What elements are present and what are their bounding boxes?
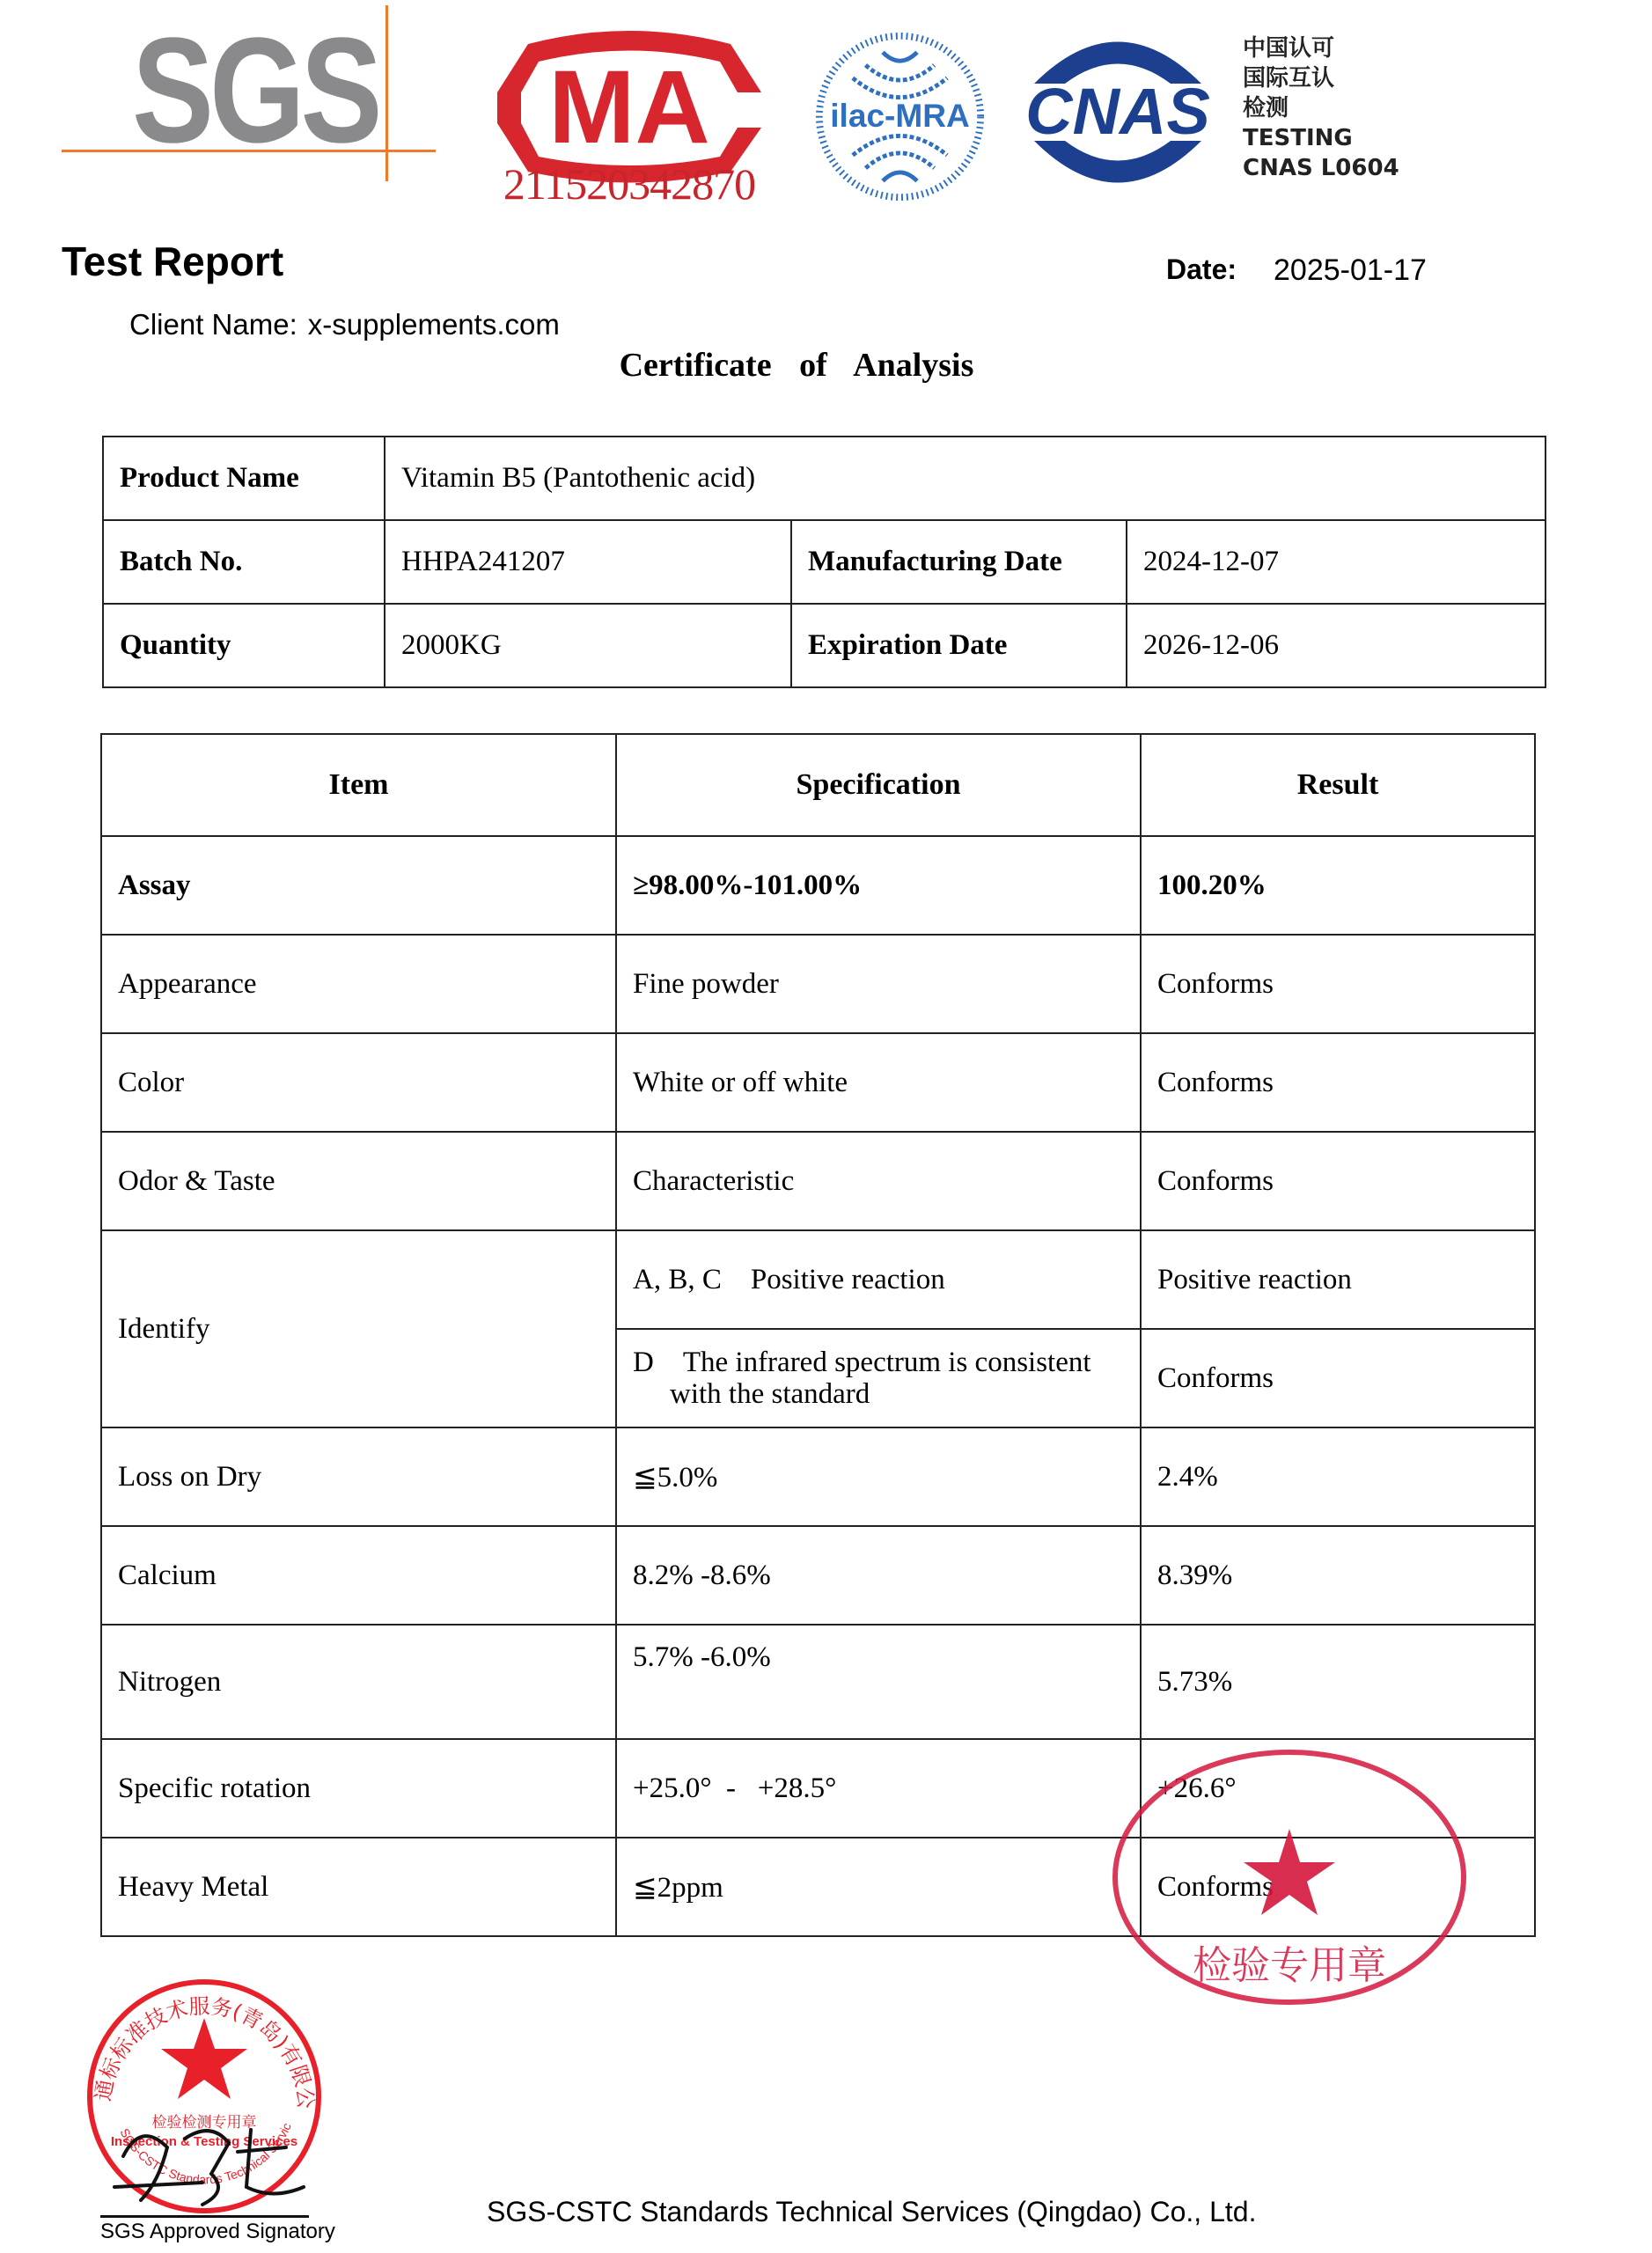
result-cell: 8.39% <box>1141 1526 1535 1625</box>
svg-text:SGS-CSTC Standards Technical S: SGS-CSTC Standards Technical Services (Q… <box>84 1976 294 2186</box>
table-row: Quantity 2000KG Expiration Date 2026-12-… <box>103 604 1546 687</box>
result-cell: Conforms <box>1141 1132 1535 1230</box>
svg-text:检验专用章: 检验专用章 <box>1193 1943 1386 1988</box>
item-cell: Assay <box>101 836 616 935</box>
item-cell: Color <box>101 1033 616 1132</box>
item-cell: Loss on Dry <box>101 1427 616 1526</box>
signatory-caption: SGS Approved Signatory <box>100 2220 335 2244</box>
cnas-accreditation-caption: 中国认可 国际互认 检测 TESTING CNAS L0604 <box>1243 33 1399 183</box>
manufacturing-date-value: 2024-12-07 <box>1127 520 1546 604</box>
svg-text:ilac-MRA: ilac-MRA <box>830 97 970 134</box>
client-name: Client Name:x-supplements.com <box>129 308 570 341</box>
cma-number: 211520342870 <box>495 158 764 209</box>
spec-cell: Fine powder <box>616 935 1141 1033</box>
cnas-caption-line: 国际互认 <box>1243 63 1399 93</box>
item-cell: Specific rotation <box>101 1739 616 1838</box>
client-name-value: x-supplements.com <box>308 308 560 341</box>
spec-cell: D The infrared spectrum is consistent wi… <box>616 1329 1141 1427</box>
item-cell: Odor & Taste <box>101 1132 616 1230</box>
result-cell: Positive reaction <box>1141 1230 1535 1329</box>
cnas-caption-line: TESTING <box>1243 123 1399 153</box>
client-name-label: Client Name: <box>129 308 297 341</box>
sgs-official-stamp-icon: 检验检测专用章 Inspection & Testing Services 通标… <box>84 1976 326 2218</box>
spec-cell: Characteristic <box>616 1132 1141 1230</box>
column-header-specification: Specification <box>616 734 1141 836</box>
signature-line <box>100 2215 309 2218</box>
svg-text:检验检测专用章: 检验检测专用章 <box>152 2113 257 2132</box>
spec-cell: ≦2ppm <box>616 1838 1141 1936</box>
spec-cell: White or off white <box>616 1033 1141 1132</box>
table-row: Calcium 8.2% -8.6% 8.39% <box>101 1526 1535 1625</box>
sgs-logo-vertical-line <box>385 5 388 181</box>
svg-text:通标标准技术服务(青岛)有限公司: 通标标准技术服务(青岛)有限公司 <box>84 1976 319 2110</box>
result-cell: Conforms <box>1141 935 1535 1033</box>
item-cell: Identify <box>101 1230 616 1427</box>
table-row: Color White or off white Conforms <box>101 1033 1535 1132</box>
footer-company-name: SGS-CSTC Standards Technical Services (Q… <box>487 2196 1256 2228</box>
document-title: Certificate of Analysis <box>0 346 1593 385</box>
spec-cell: A, B, C Positive reaction <box>616 1230 1141 1329</box>
result-cell: 100.20% <box>1141 836 1535 935</box>
cnas-caption-line: 检测 <box>1243 93 1399 123</box>
batch-label: Batch No. <box>103 520 385 604</box>
table-header-row: Item Specification Result <box>101 734 1535 836</box>
result-cell: Conforms <box>1141 1033 1535 1132</box>
expiration-date-label: Expiration Date <box>791 604 1127 687</box>
item-cell: Nitrogen <box>101 1625 616 1739</box>
column-header-result: Result <box>1141 734 1535 836</box>
spec-prefix: D <box>633 1347 654 1378</box>
item-cell: Appearance <box>101 935 616 1033</box>
manufacturing-date-label: Manufacturing Date <box>791 520 1127 604</box>
cnas-logo-icon: CNAS <box>1021 35 1215 189</box>
product-info-table: Product Name Vitamin B5 (Pantothenic aci… <box>102 436 1546 688</box>
product-name-label: Product Name <box>103 437 385 520</box>
report-title: Test Report <box>62 238 283 285</box>
expiration-date-value: 2026-12-06 <box>1127 604 1546 687</box>
sgs-logo-underline <box>62 150 436 152</box>
product-name-value: Vitamin B5 (Pantothenic acid) <box>385 437 1546 520</box>
batch-value: HHPA241207 <box>385 520 791 604</box>
svg-text:CNAS: CNAS <box>1025 75 1210 148</box>
table-row: Loss on Dry ≦5.0% 2.4% <box>101 1427 1535 1526</box>
date-label: Date: <box>1166 253 1237 286</box>
table-row: Batch No. HHPA241207 Manufacturing Date … <box>103 520 1546 604</box>
analysis-results-table: Item Specification Result Assay ≥98.00%-… <box>100 733 1536 1937</box>
spec-cell: 8.2% -8.6% <box>616 1526 1141 1625</box>
table-row: Assay ≥98.00%-101.00% 100.20% <box>101 836 1535 935</box>
column-header-item: Item <box>101 734 616 836</box>
table-row: Odor & Taste Characteristic Conforms <box>101 1132 1535 1230</box>
ilac-mra-logo-icon: ilac-MRA <box>814 31 986 202</box>
table-row: Nitrogen 5.7% -6.0% 5.73% <box>101 1625 1535 1739</box>
table-row: Appearance Fine powder Conforms <box>101 935 1535 1033</box>
item-cell: Calcium <box>101 1526 616 1625</box>
cnas-caption-line: 中国认可 <box>1243 33 1399 63</box>
spec-text-continued: with the standard <box>633 1378 1140 1410</box>
table-row: Identify A, B, C Positive reaction Posit… <box>101 1230 1535 1329</box>
signature-icon <box>106 2103 308 2209</box>
result-cell: Conforms <box>1141 1838 1535 1936</box>
result-cell: +26.6° <box>1141 1739 1535 1838</box>
result-cell: 2.4% <box>1141 1427 1535 1526</box>
spec-text: The infrared spectrum is consistent <box>683 1347 1091 1378</box>
spec-cell: +25.0° - +28.5° <box>616 1739 1141 1838</box>
result-cell: Conforms <box>1141 1329 1535 1427</box>
svg-text:MA: MA <box>548 49 710 165</box>
result-cell: 5.73% <box>1141 1625 1535 1739</box>
table-row: Specific rotation +25.0° - +28.5° +26.6° <box>101 1739 1535 1838</box>
table-row: Product Name Vitamin B5 (Pantothenic aci… <box>103 437 1546 520</box>
quantity-label: Quantity <box>103 604 385 687</box>
cnas-caption-line: CNAS L0604 <box>1243 153 1399 183</box>
report-date: 2025-01-17 <box>1274 253 1427 288</box>
svg-text:Inspection & Testing Services: Inspection & Testing Services <box>111 2134 297 2149</box>
spec-cell: 5.7% -6.0% <box>616 1625 1141 1739</box>
item-cell: Heavy Metal <box>101 1838 616 1936</box>
quantity-value: 2000KG <box>385 604 791 687</box>
table-row: Heavy Metal ≦2ppm Conforms <box>101 1838 1535 1936</box>
sgs-logo: SGS <box>132 16 378 165</box>
spec-cell: ≦5.0% <box>616 1427 1141 1526</box>
spec-cell: ≥98.00%-101.00% <box>616 836 1141 935</box>
